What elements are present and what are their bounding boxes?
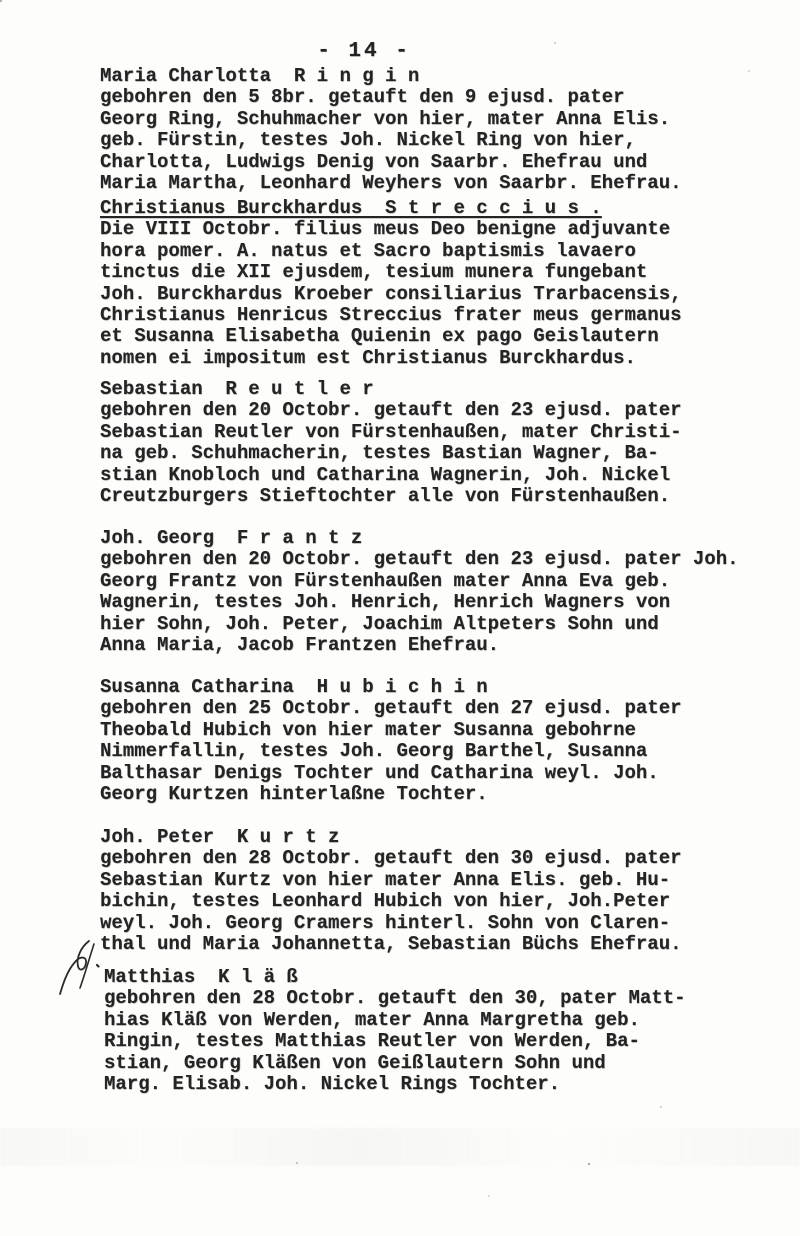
entry-text: Die VIII Octobr. filius meus Deo benigne…: [100, 219, 770, 369]
entry-heading: Joh. Peter K u r t z: [100, 827, 770, 848]
register-entry: Susanna Catharina H u b i c h i n gebohr…: [100, 677, 770, 805]
entry-text: gebohren den 25 Octobr. getauft den 27 e…: [100, 698, 770, 805]
register-entry: Maria Charlotta R i n g i n gebohren den…: [100, 66, 770, 194]
register-entry: Joh. Peter K u r t z gebohren den 28 Oct…: [100, 827, 770, 955]
entry-text: gebohren den 20 Octobr. getauft den 23 e…: [100, 549, 770, 656]
page-number: - 14 -: [0, 40, 728, 63]
entry-text: gebohren den 28 Octobr. getauft den 30, …: [104, 988, 774, 1095]
scanned-register-page: - 14 - Maria Charlotta R i n g i n geboh…: [0, 0, 800, 1236]
register-entry: Sebastian R e u t l e r gebohren den 20 …: [100, 379, 770, 507]
entry-heading: Matthias K l ä ß: [104, 967, 774, 988]
entry-heading: Susanna Catharina H u b i c h i n: [100, 677, 770, 698]
entry-heading: Sebastian R e u t l e r: [100, 379, 770, 400]
entry-text: gebohren den 20 Octobr. getauft den 23 e…: [100, 400, 770, 507]
register-entry: Joh. Georg F r a n t z gebohren den 20 O…: [100, 528, 770, 656]
entry-heading: Joh. Georg F r a n t z: [100, 528, 770, 549]
entry-text: gebohren den 5 8br. getauft den 9 ejusd.…: [100, 87, 770, 194]
handwritten-annotation-icon: [56, 938, 104, 996]
register-entry: Christianus Burckhardus S t r e c c i u …: [100, 198, 770, 369]
entry-heading: Christianus Burckhardus S t r e c c i u …: [100, 198, 770, 219]
scan-speckles: [0, 0, 2, 2]
entry-text: gebohren den 28 Octobr. getauft den 30 e…: [100, 848, 770, 955]
register-entry: Matthias K l ä ß gebohren den 28 Octobr.…: [104, 967, 774, 1095]
entry-heading: Maria Charlotta R i n g i n: [100, 66, 770, 87]
scan-noise-band: [0, 1128, 800, 1166]
